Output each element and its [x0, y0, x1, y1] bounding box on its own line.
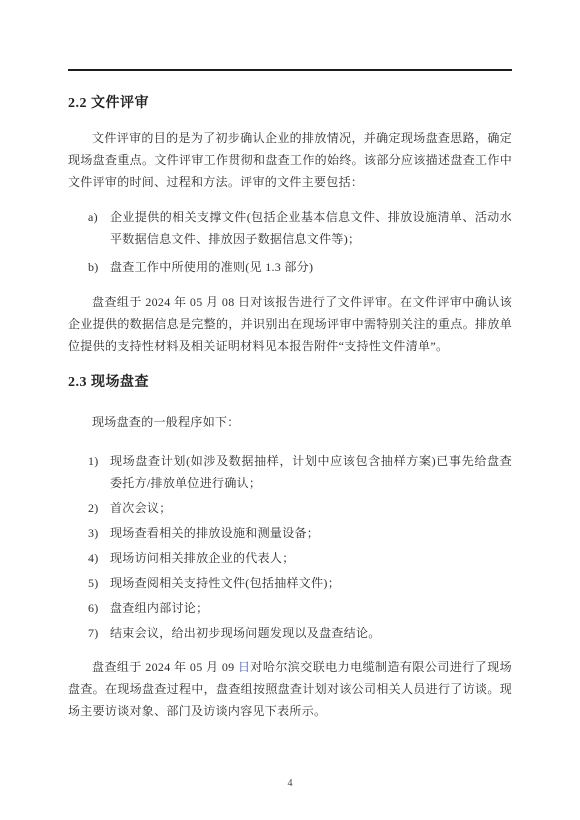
document-page: 2.2 文件评审 文件评审的目的是为了初步确认企业的排放情况，并确定现场盘查思路… [0, 0, 580, 820]
section-heading-file-review: 2.2 文件评审 [68, 95, 512, 113]
section-heading-site-inspection: 2.3 现场盘查 [68, 374, 512, 392]
page-content: 2.2 文件评审 文件评审的目的是为了初步确认企业的排放情况，并确定现场盘查思路… [68, 0, 512, 722]
site-inspection-procedure-list: 1) 现场盘查计划(如涉及数据抽样，计划中应该包含抽样方案)已事先给盘查委托方/… [68, 450, 512, 644]
list-item: 1) 现场盘查计划(如涉及数据抽样，计划中应该包含抽样方案)已事先给盘查委托方/… [88, 450, 512, 494]
list-marker: 5) [88, 572, 110, 594]
list-item: 3) 现场查看相关的排放设施和测量设备； [88, 522, 512, 544]
list-item: 6) 盘查组内部讨论； [88, 597, 512, 619]
list-item: 5) 现场查阅相关支持性文件(包括抽样文件)； [88, 572, 512, 594]
file-review-intro-paragraph: 文件评审的目的是为了初步确认企业的排放情况，并确定现场盘查思路，确定现场盘查重点… [68, 127, 512, 193]
list-marker: 2) [88, 497, 110, 519]
list-item-text: 企业提供的相关支撑文件(包括企业基本信息文件、排放设施清单、活动水平数据信息文件… [110, 206, 512, 250]
list-item: a) 企业提供的相关支撑文件(包括企业基本信息文件、排放设施清单、活动水平数据信… [88, 206, 512, 250]
list-item-text: 首次会议； [110, 497, 512, 519]
list-item: 7) 结束会议，给出初步现场问题发现以及盘查结论。 [88, 622, 512, 644]
list-marker: 6) [88, 597, 110, 619]
file-review-summary-paragraph: 盘查组于 2024 年 05 月 08 日对该报告进行了文件评审。在文件评审中确… [68, 291, 512, 357]
list-marker: 7) [88, 622, 110, 644]
list-item-text: 现场查阅相关支持性文件(包括抽样文件)； [110, 572, 512, 594]
file-review-list: a) 企业提供的相关支撑文件(包括企业基本信息文件、排放设施清单、活动水平数据信… [68, 206, 512, 278]
list-marker: 4) [88, 547, 110, 569]
list-item-text: 现场查看相关的排放设施和测量设备； [110, 522, 512, 544]
closing-text-before: 盘查组于 2024 年 05 月 09 [92, 660, 238, 674]
list-marker: b) [88, 256, 110, 278]
list-item: 4) 现场访问相关排放企业的代表人； [88, 547, 512, 569]
list-item-text: 结束会议，给出初步现场问题发现以及盘查结论。 [110, 622, 512, 644]
list-item-text: 盘查组内部讨论； [110, 597, 512, 619]
list-item-text: 盘查工作中所使用的准则(见 1.3 部分) [110, 256, 512, 278]
site-inspection-closing-paragraph: 盘查组于 2024 年 05 月 09 日对哈尔滨交联电力电缆制造有限公司进行了… [68, 656, 512, 722]
list-item-text: 现场访问相关排放企业的代表人； [110, 547, 512, 569]
list-item: 2) 首次会议； [88, 497, 512, 519]
list-item: b) 盘查工作中所使用的准则(见 1.3 部分) [88, 256, 512, 278]
site-inspection-intro-paragraph: 现场盘查的一般程序如下： [68, 411, 512, 433]
edited-character-highlight: 日 [238, 660, 250, 674]
header-rule [68, 69, 512, 71]
list-marker: 1) [88, 450, 110, 494]
list-marker: a) [88, 206, 110, 250]
list-item-text: 现场盘查计划(如涉及数据抽样，计划中应该包含抽样方案)已事先给盘查委托方/排放单… [110, 450, 512, 494]
page-number: 4 [0, 778, 580, 789]
list-marker: 3) [88, 522, 110, 544]
